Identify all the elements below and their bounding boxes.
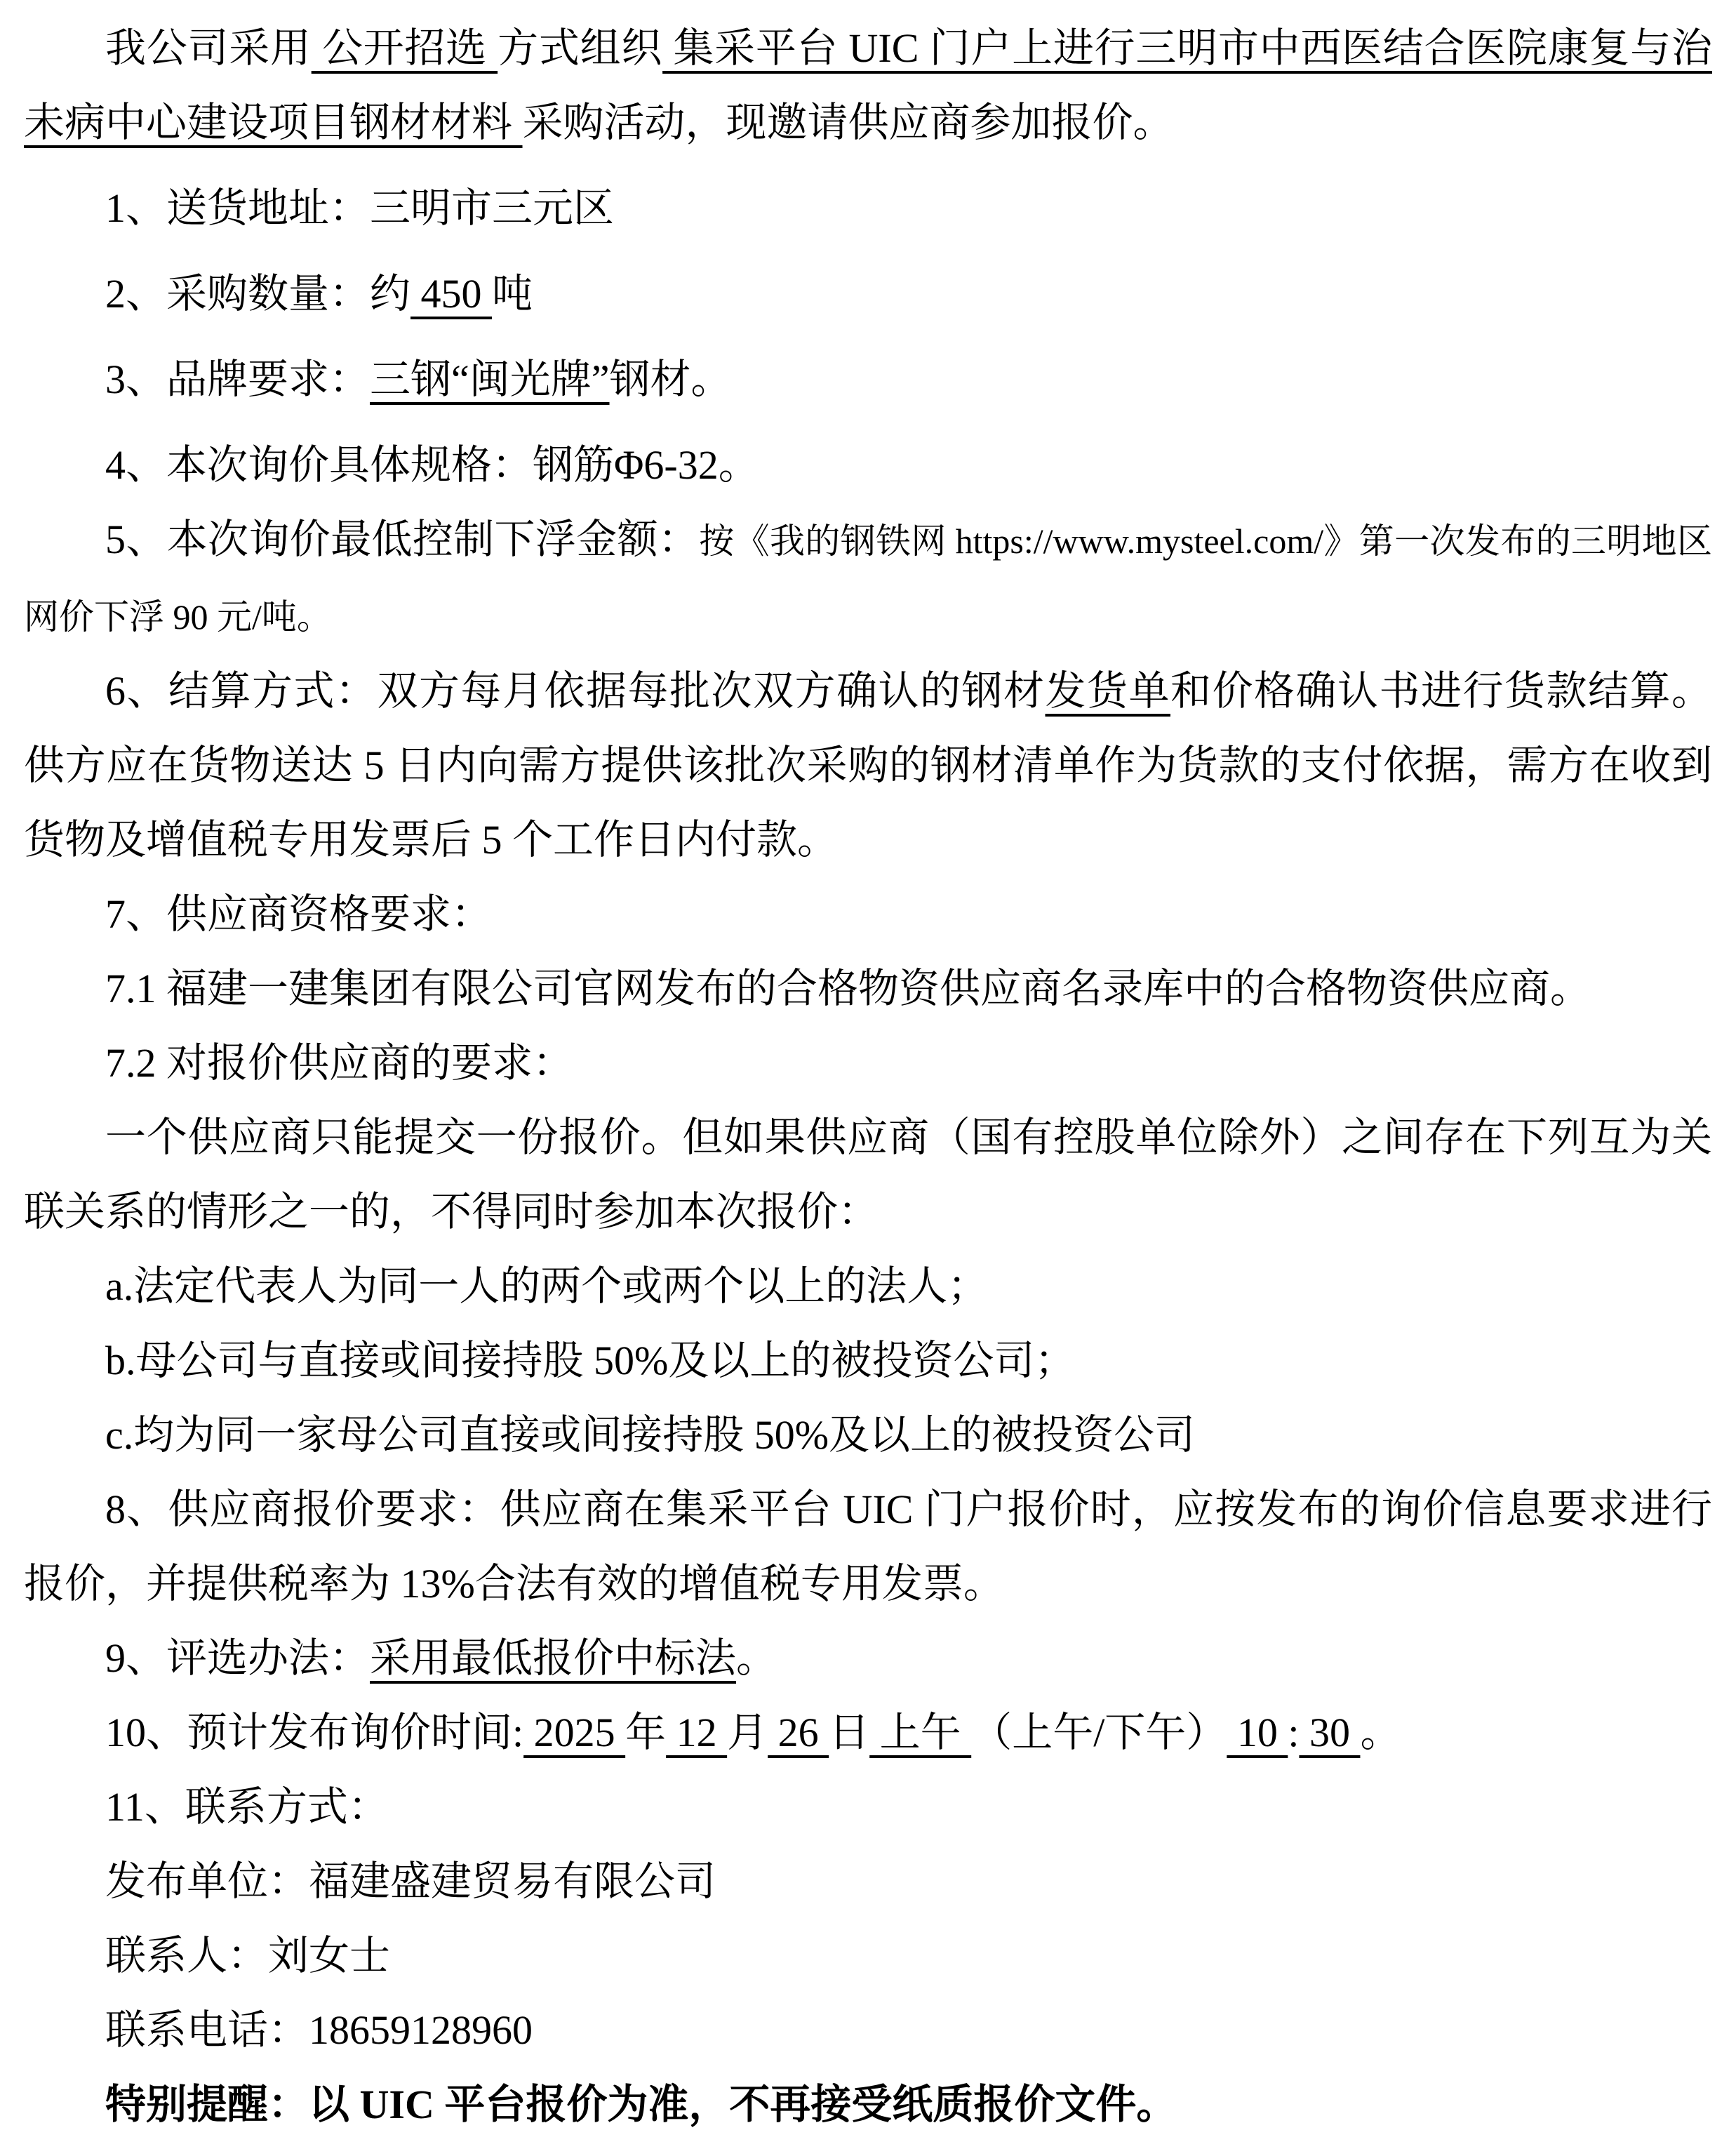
delivery-note-underlined: 发货单 [1045,668,1170,714]
brand-value-underlined: 三钢“闽光牌” [370,357,610,402]
item-rule-a: a.法定代表人为同一人的两个或两个以上的法人； [24,1249,1712,1324]
item-quotation-requirement: 8、供应商报价要求：供应商在集采平台 UIC 门户报价时，应按发布的询价信息要求… [24,1472,1712,1621]
intro-text-tail: 采购活动，现邀请供应商参加报价。 [523,100,1174,145]
item-price-floor: 5、本次询价最低控制下浮金额：按《我的钢铁网 https://www.myste… [24,503,1712,654]
schedule-year-underlined: 2025 [523,1710,625,1755]
delivery-address-text: 1、送货地址：三明市三元区 [105,185,614,231]
special-reminder-text: 特别提醒：以 UIC 平台报价为准，不再接受纸质报价文件。 [105,2082,1177,2127]
schedule-colon: : [1288,1710,1299,1755]
contact-person-line: 联系人：刘女士 [24,1919,1712,1993]
contact-phone-text: 联系电话：18659128960 [105,2007,533,2053]
item-delivery-address: 1、送货地址：三明市三元区 [24,171,1712,246]
item-rule-b: b.母公司与直接或间接持股 50%及以上的被投资公司； [24,1324,1712,1398]
settlement-lead: 6、结算方式：双方每月依据每批次双方确认的钢材 [105,668,1045,714]
quantity-unit: 吨 [492,271,533,317]
schedule-label: 10、预计发布询价时间: [105,1710,523,1755]
schedule-day-underlined: 26 [768,1710,829,1755]
contact-person-text: 联系人：刘女士 [105,1933,390,1978]
item-contact: 11、联系方式： [24,1770,1712,1844]
intro-paragraph: 我公司采用 公开招选 方式组织 集采平台 UIC 门户上进行三明市中西医结合医院… [24,11,1712,160]
item-brand: 3、品牌要求：三钢“闽光牌”钢材。 [24,342,1712,417]
rule-b-text: b.母公司与直接或间接持股 50%及以上的被投资公司； [105,1338,1075,1383]
schedule-day-unit: 日 [829,1710,869,1755]
rule-a-text: a.法定代表人为同一人的两个或两个以上的法人； [105,1263,988,1309]
item-supplier-qualification: 7、供应商资格要求： [24,877,1712,952]
item-7-1-text: 7.1 福建一建集团有限公司官网发布的合格物资供应商名录库中的合格物资供应商。 [105,966,1591,1011]
brand-suffix: 钢材。 [610,357,732,402]
intro-text-lead: 我公司采用 [105,25,312,71]
price-floor-label: 5、本次询价最低控制下浮金额： [105,517,699,562]
item-settlement: 6、结算方式：双方每月依据每批次双方确认的钢材发货单和价格确认书进行货款结算。供… [24,654,1712,877]
special-reminder-line: 特别提醒：以 UIC 平台报价为准，不再接受纸质报价文件。 [24,2068,1712,2142]
procurement-method-underlined: 公开招选 [312,25,498,71]
item-evaluation: 9、评选办法：采用最低报价中标法。 [24,1621,1712,1696]
item-7-2: 7.2 对报价供应商的要求： [24,1026,1712,1100]
schedule-month-underlined: 12 [666,1710,727,1755]
publisher-text: 发布单位：福建盛建贸易有限公司 [105,1858,716,1904]
evaluation-method-underlined: 采用最低报价中标法 [370,1635,736,1681]
schedule-hour-underlined: 10 [1227,1710,1288,1755]
supplier-qualification-text: 7、供应商资格要求： [105,891,492,937]
single-quote-rule-text: 一个供应商只能提交一份报价。但如果供应商（国有控股单位除外）之间存在下列互为关联… [24,1114,1712,1235]
evaluation-period: 。 [736,1635,777,1681]
quantity-value-underlined: 450 [410,271,492,317]
item-spec: 4、本次询价具体规格：钢筋Φ6-32。 [24,428,1712,503]
para-single-quote-rule: 一个供应商只能提交一份报价。但如果供应商（国有控股单位除外）之间存在下列互为关联… [24,1100,1712,1249]
spec-text: 4、本次询价具体规格：钢筋Φ6-32。 [105,442,759,488]
schedule-minute-underlined: 30 [1299,1710,1360,1755]
item-quantity: 2、采购数量：约 450 吨 [24,257,1712,331]
item-schedule: 10、预计发布询价时间: 2025 年 12 月 26 日 上午 （上午/下午）… [24,1696,1712,1770]
evaluation-label: 9、评选办法： [105,1635,370,1681]
schedule-month-unit: 月 [727,1710,768,1755]
contact-phone-line: 联系电话：18659128960 [24,1993,1712,2068]
item-rule-c: c.均为同一家母公司直接或间接持股 50%及以上的被投资公司 [24,1398,1712,1472]
item-7-2-text: 7.2 对报价供应商的要求： [105,1040,573,1086]
quantity-label: 2、采购数量：约 [105,271,410,317]
document-page: 我公司采用 公开招选 方式组织 集采平台 UIC 门户上进行三明市中西医结合医院… [0,0,1736,2156]
schedule-ampm-note: （上午/下午） [971,1710,1227,1755]
item-7-1: 7.1 福建一建集团有限公司官网发布的合格物资供应商名录库中的合格物资供应商。 [24,952,1712,1026]
publisher-line: 发布单位：福建盛建贸易有限公司 [24,1844,1712,1919]
rule-c-text: c.均为同一家母公司直接或间接持股 50%及以上的被投资公司 [105,1412,1195,1458]
brand-label: 3、品牌要求： [105,357,370,402]
schedule-year-unit: 年 [625,1710,666,1755]
quotation-requirement-text: 8、供应商报价要求：供应商在集采平台 UIC 门户报价时，应按发布的询价信息要求… [24,1486,1712,1606]
intro-text-mid: 方式组织 [498,25,662,71]
schedule-period: 。 [1360,1710,1401,1755]
contact-text: 11、联系方式： [105,1784,389,1830]
schedule-ampm-underlined: 上午 [869,1710,971,1755]
